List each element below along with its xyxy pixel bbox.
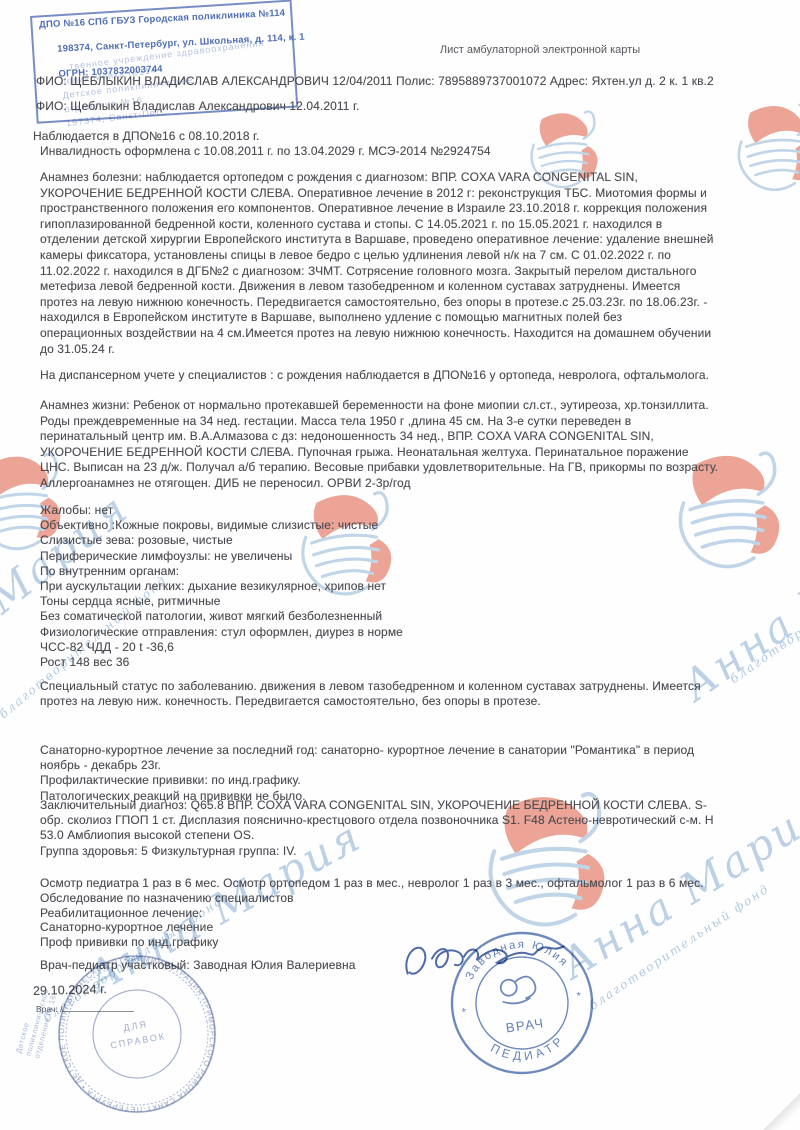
disability-line: Инвалидность оформлена с 10.08.2011 г. п… [40, 144, 491, 160]
patient-info-uppercase: ФИО: ЩЕБЛЫКИН ВЛАДИСЛАВ АЛЕКСАНДРОВИЧ 12… [36, 74, 714, 90]
scan-corner-shade [754, 1078, 800, 1130]
doctor-stamp-center-text: ВРАЧ [505, 1015, 546, 1035]
clinic-stamp-center-line1: ДЛЯ [123, 1019, 149, 1033]
stamp-star-left: * [461, 1005, 468, 1020]
clinic-round-stamp: • АДМИНИСТРАЦИЯ ПРИМОРСКОГО РАЙОНА САНКТ… [39, 936, 236, 1130]
foundation-subtitle-watermark: благотворительный фонд [727, 552, 800, 686]
document-page: Анна Мария благотворительный фонд Анна М… [0, 0, 800, 1130]
dispensary-text: На диспансерном учете у специалистов : с… [40, 368, 709, 384]
followup-text: Осмотр педиатра 1 раз в 6 мес. Осмотр ор… [40, 876, 704, 950]
vitals-text: Жалобы: нет Объективно :Кожные покровы, … [40, 503, 403, 670]
svg-text:• АДМИНИСТРАЦИЯ ПРИМОРСКОГО РА: • АДМИНИСТРАЦИЯ ПРИМОРСКОГО РАЙОНА САНКТ… [39, 936, 230, 1129]
patient-info: ФИО: Щеблыкин Владислав Александрович 12… [36, 99, 359, 115]
foundation-name-watermark: Анна Мария [674, 495, 800, 710]
anamnesis-life-text: Анамнез жизни: Ребенок от нормально прот… [40, 398, 718, 492]
stamp-star-right: * [576, 989, 583, 1004]
sanatorium-vaccines-text: Санаторно-курортное лечение за последний… [40, 743, 694, 804]
doctor-round-stamp: Заводная Юлия ПЕДИАТР ВРАЧ * * [437, 918, 606, 1087]
anamnesis-disease-text: Анамнез болезни: наблюдается ортопедом с… [40, 170, 714, 357]
special-status-text: Специальный статус по заболеванию. движе… [40, 679, 701, 709]
observation-line: Наблюдается в ДПО№16 с 08.10.2018 г. [33, 129, 259, 145]
foundation-logo-icon [728, 100, 800, 200]
clinic-stamp-ring-text: • АДМИНИСТРАЦИЯ ПРИМОРСКОГО РАЙОНА САНКТ… [39, 936, 230, 1129]
page-title: Лист амбулаторной электронной карты [400, 44, 680, 56]
final-diagnosis-text: Заключительный диагноз: Q65.8 ВПР. COXA … [40, 798, 714, 859]
stamp-line1: ДПО №16 СПб ГБУЗ Городская поликлиника №… [39, 8, 286, 31]
clinic-stamp-center-line2: СПРАВОК [110, 1031, 167, 1051]
